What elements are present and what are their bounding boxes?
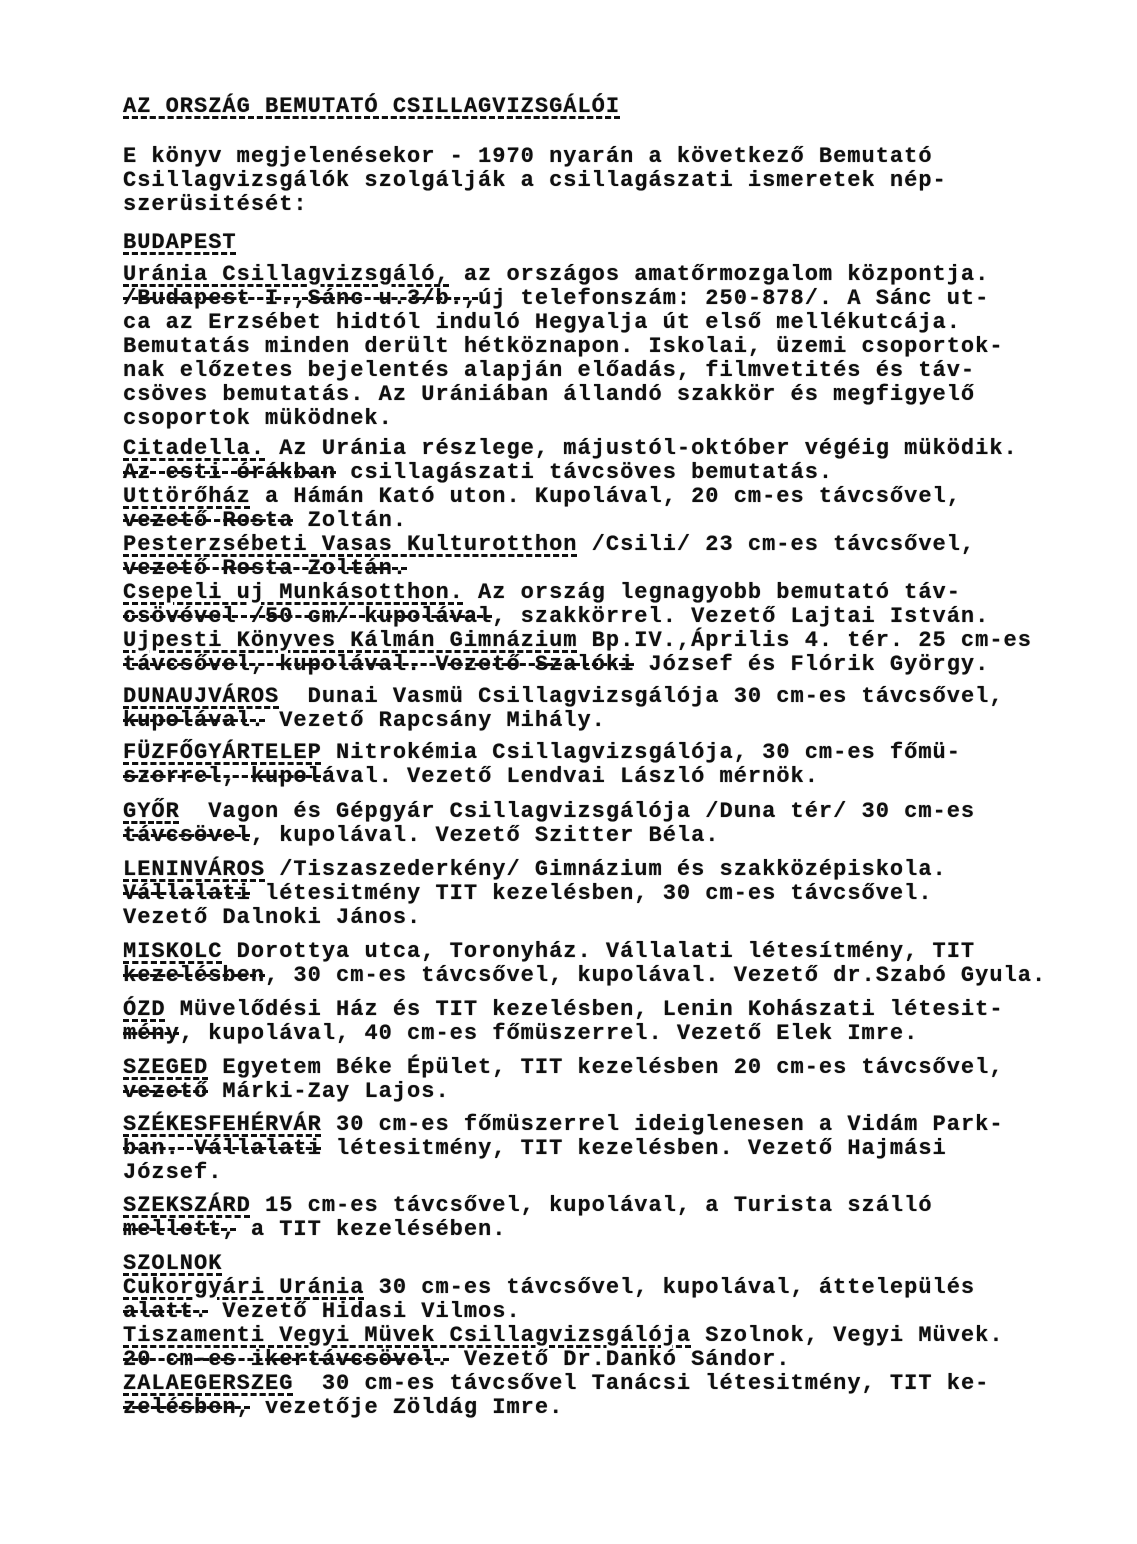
text-line: MISKOLC Dorottya utca, Toronyház. Vállal… <box>123 940 1082 964</box>
text-line: József. <box>123 1161 1082 1185</box>
text-line: 20 cm-es ikertávcsövel. Vezető Dr.Dankó … <box>123 1348 1082 1372</box>
struck-text: Az esti órákban <box>123 460 336 485</box>
text-run: Az Uránia részlege, májustól-október vég… <box>265 436 1018 461</box>
paragraph-tiszamenti: Tiszamenti Vegyi Müvek Csillagvizsgálója… <box>123 1324 1082 1372</box>
text-line: Bemutatás minden derült hétköznapon. Isk… <box>123 335 1082 359</box>
entry-heading: SZEGED <box>123 1055 208 1080</box>
text-run: Csillagvizsgálók szolgálják a csillagász… <box>123 168 947 193</box>
text-run: , kupolával. Vezető Szitter Béla. <box>251 823 720 848</box>
text-run: az országos amatőrmozgalom központja. <box>450 262 990 287</box>
struck-text: csövével /50 cm/ kupolával <box>123 604 492 629</box>
struck-text: kezelésben <box>123 963 265 988</box>
text-run: a Hámán Kató uton. Kupolával, 20 cm-es t… <box>251 484 961 509</box>
paragraph-uttorohaz: Uttörőház a Hámán Kató uton. Kupolával, … <box>123 485 1082 533</box>
paragraph-title: AZ ORSZÁG BEMUTATÓ CSILLAGVIZSGÁLÓI <box>123 95 1082 119</box>
entry-heading: GYŐR <box>123 799 180 824</box>
text-run: József. <box>123 1160 222 1185</box>
text-run: Vezető Hidasi Vilmos. <box>208 1299 520 1324</box>
text-line: Csepeli uj Munkásotthon. Az ország legna… <box>123 581 1082 605</box>
text-line: Uttörőház a Hámán Kató uton. Kupolával, … <box>123 485 1082 509</box>
paragraph-ozd: ÓZD Müvelődési Ház és TIT kezelésben, Le… <box>123 998 1082 1046</box>
struck-text: mény <box>123 1021 180 1046</box>
text-run: József és Flórik György. <box>634 652 989 677</box>
text-run: Müvelődési Ház és TIT kezelésben, Lenin … <box>166 997 1004 1022</box>
struck-text: szerrel, kupol <box>123 764 322 789</box>
text-run: csillagászati távcsöves bemutatás. <box>336 460 833 485</box>
text-run: szerüsitését: <box>123 192 308 217</box>
entry-heading: Ujpesti Könyves Kálmán Gimnázium <box>123 628 577 653</box>
text-line: csoportok müködnek. <box>123 407 1082 431</box>
text-run: Az ország legnagyobb bemutató táv- <box>464 580 961 605</box>
text-run: 30 cm-es távcsővel, kupolával, áttelepül… <box>364 1275 975 1300</box>
text-line: vezető Márki-Zay Lajos. <box>123 1080 1082 1104</box>
paragraph-csepeli: Csepeli uj Munkásotthon. Az ország legna… <box>123 581 1082 629</box>
paragraph-zalaegerszeg: ZALAEGERSZEG 30 cm-es távcsővel Tanácsi … <box>123 1372 1082 1420</box>
struck-text: ban. Vállalati <box>123 1136 322 1161</box>
text-line: távcsővel, kupolával. Vezető Szalóki Józ… <box>123 653 1082 677</box>
text-line: ban. Vállalati létesitmény, TIT kezelésb… <box>123 1137 1082 1161</box>
entry-heading: FÜZFŐGYÁRTELEP <box>123 740 322 765</box>
text-line: alatt. Vezető Hidasi Vilmos. <box>123 1300 1082 1324</box>
text-run: ca az Erzsébet hidtól induló Hegyalja út… <box>123 310 961 335</box>
text-run: Bp.IV.,Április 4. tér. 25 cm-es <box>577 628 1031 653</box>
text-line: Tiszamenti Vegyi Müvek Csillagvizsgálója… <box>123 1324 1082 1348</box>
text-run: Egyetem Béke Épület, TIT kezelésben 20 c… <box>208 1055 1003 1080</box>
paragraph-gyor: GYŐR Vagon és Gépgyár Csillagvizsgálója … <box>123 800 1082 848</box>
paragraph-cukorgyari: Cukorgyári Uránia 30 cm-es távcsővel, ku… <box>123 1276 1082 1324</box>
text-line: LENINVÁROS /Tiszaszederkény/ Gimnázium é… <box>123 858 1082 882</box>
struck-text: távcsövel <box>123 823 251 848</box>
text-run: Vezető Dalnoki János. <box>123 905 421 930</box>
struck-text: /Budapest I.,Sánc u.3/b., <box>123 286 478 311</box>
text-line: Pesterzsébeti Vasas Kulturotthon /Csili/… <box>123 533 1082 557</box>
text-line: vezető Rosta Zoltán. <box>123 509 1082 533</box>
entry-heading: Cukorgyári Uránia <box>123 1275 364 1300</box>
text-line: GYŐR Vagon és Gépgyár Csillagvizsgálója … <box>123 800 1082 824</box>
text-line: SZEKSZÁRD 15 cm-es távcsővel, kupolával,… <box>123 1194 1082 1218</box>
text-run: a TIT kezelésében. <box>237 1217 507 1242</box>
text-line: Vállalati létesitmény TIT kezelésben, 30… <box>123 882 1082 906</box>
struck-text: alatt. <box>123 1299 208 1324</box>
text-run: /Tiszaszederkény/ Gimnázium és szakközép… <box>265 857 947 882</box>
text-line: Az esti órákban csillagászati távcsöves … <box>123 461 1082 485</box>
text-line: távcsövel, kupolával. Vezető Szitter Bél… <box>123 824 1082 848</box>
text-line: DUNAUJVÁROS Dunai Vasmü Csillagvizsgálój… <box>123 685 1082 709</box>
text-line: Ujpesti Könyves Kálmán Gimnázium Bp.IV.,… <box>123 629 1082 653</box>
struck-text: távcsővel, kupolával. Vezető Szalóki <box>123 652 634 677</box>
text-line: SZOLNOK <box>123 1252 1082 1276</box>
text-run: csoportok müködnek. <box>123 406 393 431</box>
text-run: ával. Vezető Lendvai László mérnök. <box>322 764 819 789</box>
entry-heading: Tiszamenti Vegyi Müvek Csillagvizsgálója <box>123 1323 691 1348</box>
entry-heading: Uttörőház <box>123 484 251 509</box>
text-line: mény, kupolával, 40 cm-es főmüszerrel. V… <box>123 1022 1082 1046</box>
text-line: Cukorgyári Uránia 30 cm-es távcsővel, ku… <box>123 1276 1082 1300</box>
entry-heading: Pesterzsébeti Vasas Kulturotthon <box>123 532 577 557</box>
struck-text: 20 cm-es ikertávcsövel. <box>123 1347 450 1372</box>
paragraph-citadella: Citadella. Az Uránia részlege, májustól-… <box>123 437 1082 485</box>
text-run: Dunai Vasmü Csillagvizsgálója 30 cm-es t… <box>279 684 1003 709</box>
text-run: Szolnok, Vegyi Müvek. <box>691 1323 1003 1348</box>
entry-heading: Csepeli uj Munkásotthon. <box>123 580 464 605</box>
struck-text: vezető Rosta <box>123 508 293 533</box>
paragraph-szolnok: SZOLNOK <box>123 1252 1082 1276</box>
paragraph-ujpesti: Ujpesti Könyves Kálmán Gimnázium Bp.IV.,… <box>123 629 1082 677</box>
paragraph-intro: E könyv megjelenésekor - 1970 nyarán a k… <box>123 145 1082 217</box>
text-line: ZALAEGERSZEG 30 cm-es távcsővel Tanácsi … <box>123 1372 1082 1396</box>
document-page: AZ ORSZÁG BEMUTATÓ CSILLAGVIZSGÁLÓIE kön… <box>0 0 1137 1544</box>
text-run: Bemutatás minden derült hétköznapon. Isk… <box>123 334 1004 359</box>
text-line: nak előzetes bejelentés alapján előadás,… <box>123 359 1082 383</box>
text-line: SZÉKESFEHÉRVÁR 30 cm-es főmüszerrel idei… <box>123 1113 1082 1137</box>
paragraph-budapest: BUDAPEST <box>123 231 1082 255</box>
text-line: vezető Rosta Zoltán. <box>123 557 1082 581</box>
text-run: 30 cm-es távcsővel Tanácsi létesitmény, … <box>293 1371 989 1396</box>
text-run: Zoltán. <box>293 508 407 533</box>
paragraph-szekszard: SZEKSZÁRD 15 cm-es távcsővel, kupolával,… <box>123 1194 1082 1242</box>
text-line: E könyv megjelenésekor - 1970 nyarán a k… <box>123 145 1082 169</box>
text-line: SZEGED Egyetem Béke Épület, TIT kezelésb… <box>123 1056 1082 1080</box>
text-run: Vezető Dr.Dankó Sándor. <box>450 1347 791 1372</box>
entry-heading: SZOLNOK <box>123 1251 222 1276</box>
entry-heading: SZÉKESFEHÉRVÁR <box>123 1112 322 1137</box>
text-line: ca az Erzsébet hidtól induló Hegyalja út… <box>123 311 1082 335</box>
text-line: zelésben, vezetője Zöldág Imre. <box>123 1396 1082 1420</box>
paragraph-dunaujvaros: DUNAUJVÁROS Dunai Vasmü Csillagvizsgálój… <box>123 685 1082 733</box>
struck-text: kupolával. <box>123 708 265 733</box>
paragraph-leninvaros: LENINVÁROS /Tiszaszederkény/ Gimnázium é… <box>123 858 1082 930</box>
paragraph-pesterzsebeti: Pesterzsébeti Vasas Kulturotthon /Csili/… <box>123 533 1082 581</box>
text-line: Citadella. Az Uránia részlege, májustól-… <box>123 437 1082 461</box>
entry-heading: BUDAPEST <box>123 230 237 255</box>
text-line: FÜZFŐGYÁRTELEP Nitrokémia Csillagvizsgál… <box>123 741 1082 765</box>
text-run: vezetője Zöldág Imre. <box>251 1395 563 1420</box>
text-run: új telefonszám: 250-878/. A Sánc ut- <box>478 286 989 311</box>
text-run: Vezető Rapcsány Mihály. <box>265 708 606 733</box>
paragraph-szeged: SZEGED Egyetem Béke Épület, TIT kezelésb… <box>123 1056 1082 1104</box>
text-run: /Csili/ 23 cm-es távcsővel, <box>577 532 975 557</box>
text-run: Vagon és Gépgyár Csillagvizsgálója /Duna… <box>180 799 975 824</box>
text-line: szerrel, kupolával. Vezető Lendvai Lászl… <box>123 765 1082 789</box>
paragraph-urania: Uránia Csillagvizsgáló, az országos amat… <box>123 263 1082 431</box>
text-line: Csillagvizsgálók szolgálják a csillagász… <box>123 169 1082 193</box>
struck-text: vezető <box>123 1079 208 1104</box>
entry-heading: Uránia Csillagvizsgáló, <box>123 262 450 287</box>
paragraph-fuzfogyartelep: FÜZFŐGYÁRTELEP Nitrokémia Csillagvizsgál… <box>123 741 1082 789</box>
text-line: /Budapest I.,Sánc u.3/b.,új telefonszám:… <box>123 287 1082 311</box>
text-line: mellett, a TIT kezelésében. <box>123 1218 1082 1242</box>
text-run: 30 cm-es főmüszerrel ideiglenesen a Vidá… <box>322 1112 1004 1137</box>
entry-heading: ÓZD <box>123 997 166 1022</box>
entry-heading: ZALAEGERSZEG <box>123 1371 293 1396</box>
entry-heading: Citadella. <box>123 436 265 461</box>
entry-heading: MISKOLC <box>123 939 222 964</box>
text-run: nak előzetes bejelentés alapján előadás,… <box>123 358 975 383</box>
text-run: , 30 cm-es távcsővel, kupolával. Vezető … <box>265 963 1046 988</box>
entry-heading: AZ ORSZÁG BEMUTATÓ CSILLAGVIZSGÁLÓI <box>123 94 620 119</box>
text-run: csöves bemutatás. Az Urániában állandó s… <box>123 382 975 407</box>
text-line: AZ ORSZÁG BEMUTATÓ CSILLAGVIZSGÁLÓI <box>123 95 1082 119</box>
struck-text: Vállalati <box>123 881 251 906</box>
text-line: Uránia Csillagvizsgáló, az országos amat… <box>123 263 1082 287</box>
text-run: Nitrokémia Csillagvizsgálója, 30 cm-es f… <box>322 740 961 765</box>
entry-heading: LENINVÁROS <box>123 857 265 882</box>
text-line: kezelésben, 30 cm-es távcsővel, kupoláva… <box>123 964 1082 988</box>
text-run: E könyv megjelenésekor - 1970 nyarán a k… <box>123 144 933 169</box>
text-run: Dorottya utca, Toronyház. Vállalati léte… <box>222 939 975 964</box>
struck-text: mellett, <box>123 1217 237 1242</box>
text-line: ÓZD Müvelődési Ház és TIT kezelésben, Le… <box>123 998 1082 1022</box>
text-line: Vezető Dalnoki János. <box>123 906 1082 930</box>
text-line: csövével /50 cm/ kupolával, szakkörrel. … <box>123 605 1082 629</box>
text-line: BUDAPEST <box>123 231 1082 255</box>
entry-heading: SZEKSZÁRD <box>123 1193 251 1218</box>
entry-heading: DUNAUJVÁROS <box>123 684 279 709</box>
text-run: , kupolával, 40 cm-es főmüszerrel. Vezet… <box>180 1021 919 1046</box>
text-run: , szakkörrel. Vezető Lajtai István. <box>492 604 989 629</box>
text-run: Márki-Zay Lajos. <box>208 1079 449 1104</box>
text-run: 15 cm-es távcsővel, kupolával, a Turista… <box>251 1193 933 1218</box>
paragraph-miskolc: MISKOLC Dorottya utca, Toronyház. Vállal… <box>123 940 1082 988</box>
text-line: csöves bemutatás. Az Urániában állandó s… <box>123 383 1082 407</box>
struck-text: zelésben, <box>123 1395 251 1420</box>
text-line: szerüsitését: <box>123 193 1082 217</box>
text-line: kupolával. Vezető Rapcsány Mihály. <box>123 709 1082 733</box>
struck-text: vezető Rosta Zoltán. <box>123 556 407 581</box>
text-run: létesitmény TIT kezelésben, 30 cm-es táv… <box>251 881 933 906</box>
text-run: létesitmény, TIT kezelésben. Vezető Hajm… <box>322 1136 947 1161</box>
paragraph-szekesfehervar: SZÉKESFEHÉRVÁR 30 cm-es főmüszerrel idei… <box>123 1113 1082 1185</box>
